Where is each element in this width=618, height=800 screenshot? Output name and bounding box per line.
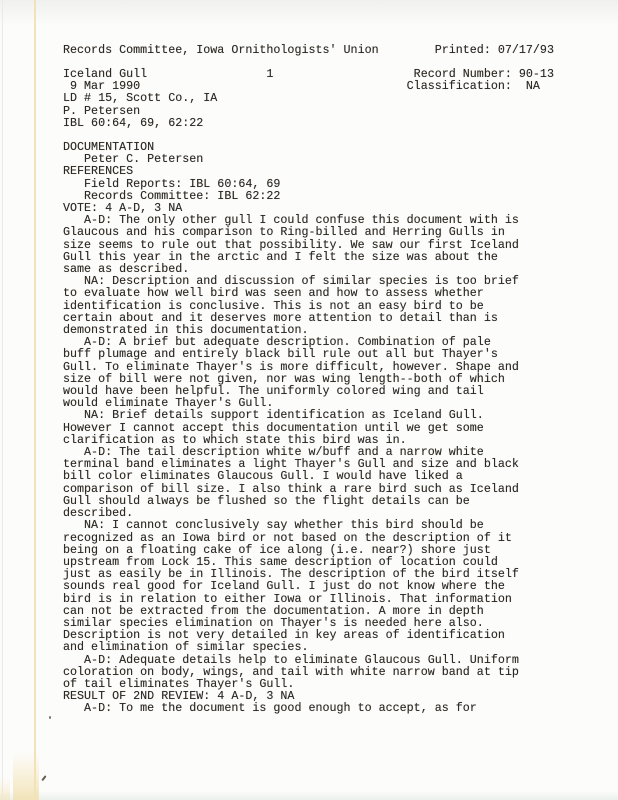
record-summary-block: Iceland Gull 1 Record Number: 90-13 9 Ma… (63, 68, 554, 129)
paper-fold-line (34, 0, 36, 800)
pen-mark-tick (41, 775, 46, 781)
scanned-document-page: Records Committee, Iowa Ornithologists' … (0, 0, 618, 800)
scan-shadow-bottom (0, 791, 618, 800)
paper-corner-stain (13, 752, 39, 800)
document-body-text: DOCUMENTATION Peter C. Petersen REFERENC… (63, 141, 519, 715)
scan-shadow-top (0, 0, 618, 26)
pen-mark-dot (49, 716, 51, 719)
paper-edge-line (2, 0, 3, 800)
paper-corner-stain-small (0, 778, 10, 800)
document-header-line: Records Committee, Iowa Ornithologists' … (63, 44, 554, 56)
